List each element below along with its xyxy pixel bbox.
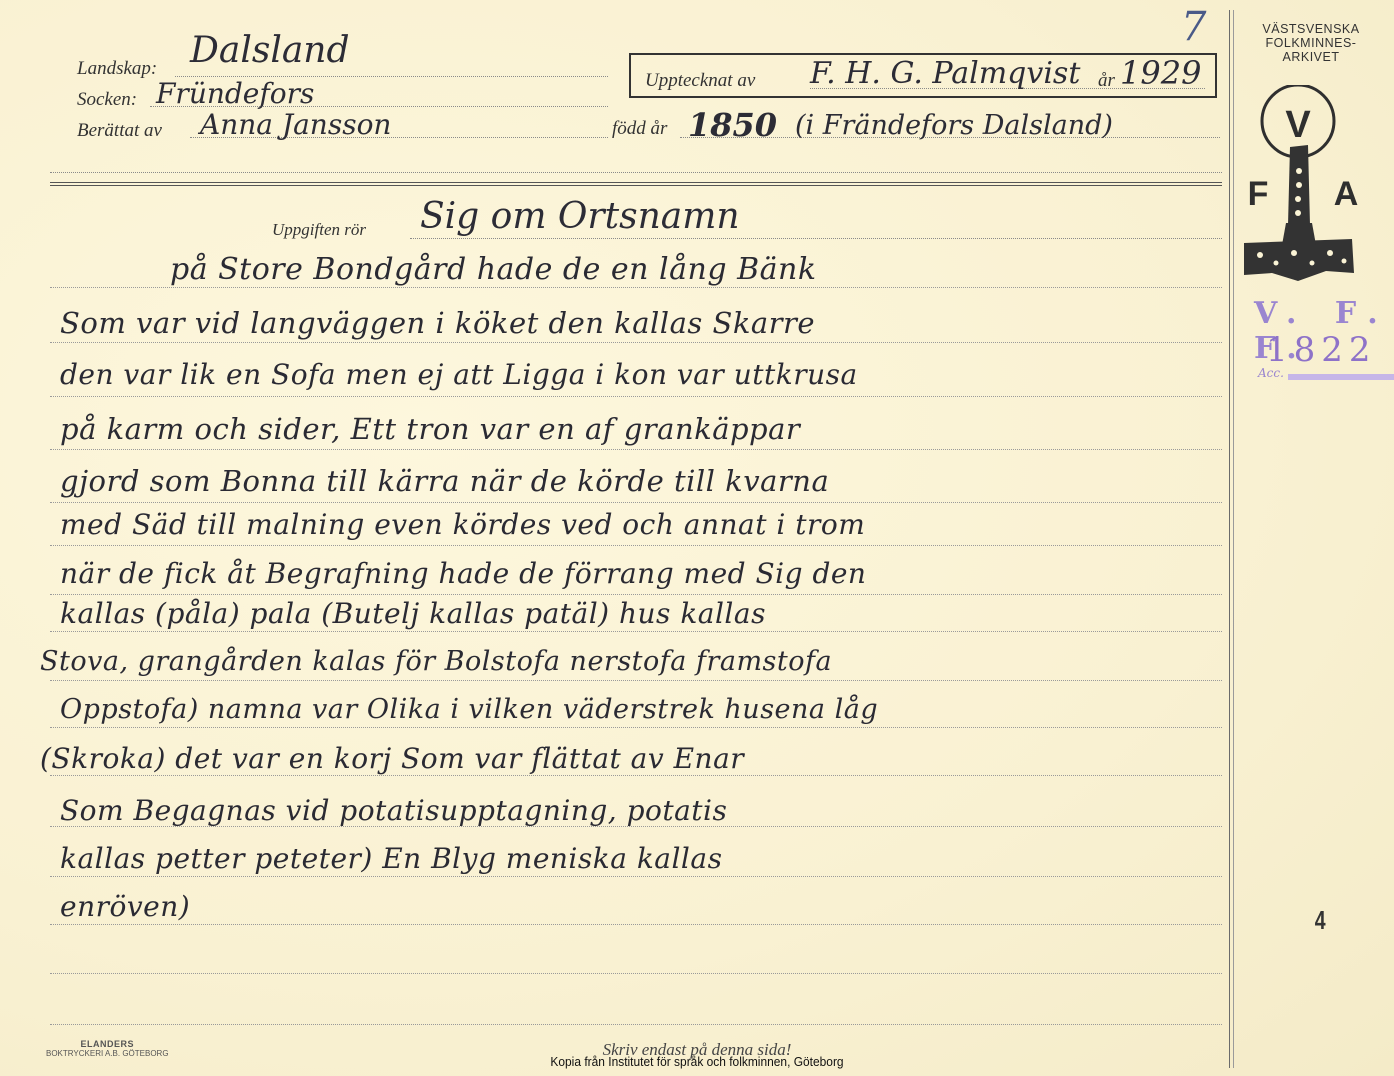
ruled-line <box>50 502 1222 503</box>
body-line: Oppstofa) namna var Olika i vilken väder… <box>60 694 878 725</box>
header-rule-top <box>50 182 1222 183</box>
body-line: den var lik en Sofa men ej att Ligga i k… <box>60 358 858 391</box>
vfa-hammer-logo: V F A <box>1236 85 1386 285</box>
landskap-value: Dalsland <box>190 30 350 71</box>
stamp-number: 1822 <box>1266 330 1377 370</box>
column-divider <box>1229 10 1230 1068</box>
ruled-line <box>50 396 1222 397</box>
archive-title-line: ARKIVET <box>1236 50 1386 64</box>
body-line: när de fick åt Begrafning hade de förran… <box>60 557 866 590</box>
corner-mark: 7 <box>1181 4 1206 50</box>
body-line: Som Begagnas vid potatisupptagning, pota… <box>60 794 727 827</box>
logo-letter-a: A <box>1334 175 1359 213</box>
ruled-line <box>50 631 1222 632</box>
archive-title-line: FOLKMINNES- <box>1236 36 1386 50</box>
logo-letter-f: F <box>1248 175 1269 213</box>
archive-title-line: VÄSTSVENSKA <box>1236 22 1386 36</box>
body-line: (Skroka) det var en korj Som var flättat… <box>40 742 744 775</box>
body-line: på karm och sider, Ett tron var en af gr… <box>60 412 800 446</box>
landskap-label: Landskap: <box>77 58 157 80</box>
ruled-line <box>50 924 1222 925</box>
upptecknat-value: F. H. G. Palmqvist <box>810 56 1080 91</box>
ruled-line <box>50 287 1222 288</box>
subject-value: Sig om Ortsnamn <box>420 196 740 237</box>
ruled-line <box>50 973 1222 974</box>
ruled-line <box>50 449 1222 450</box>
body-line: med Säd till malning even kördes ved och… <box>60 508 865 541</box>
ruled-line <box>50 1024 1222 1025</box>
archive-title: VÄSTSVENSKA FOLKMINNES- ARKIVET <box>1236 22 1386 64</box>
upptecknat-label: Upptecknat av <box>645 70 755 92</box>
page-number: 4 <box>1315 905 1326 936</box>
upptecknat-year: 1929 <box>1120 54 1201 92</box>
ruled-line <box>50 342 1222 343</box>
body-line: enröven) <box>60 890 190 923</box>
berattat-value: Anna Jansson <box>200 108 391 141</box>
thors-hammer-icon: V F A <box>1236 85 1386 285</box>
stamp-acc: Acc. <box>1258 366 1284 380</box>
copy-notice: Kopia från Institutet för språk och folk… <box>56 1054 1338 1069</box>
body-line: på Store Bondgård hade de en lång Bänk <box>170 252 817 287</box>
svg-text:V: V <box>1285 104 1311 146</box>
form-page: 7 Landskap: Dalsland Socken: Fründefors … <box>0 0 1394 1076</box>
subject-label: Uppgiften rör <box>272 220 366 240</box>
ruled-line <box>50 545 1222 546</box>
header-dotline <box>50 172 1222 173</box>
archive-stamp: V. F. F. 1822 Acc. <box>1236 296 1394 386</box>
berattat-label: Berättat av <box>77 120 162 142</box>
fodd-label: född år <box>612 118 667 140</box>
upptecknat-year-label: år <box>1098 70 1115 92</box>
header-rule-bottom <box>50 185 1222 186</box>
ruled-line <box>50 876 1222 877</box>
stamp-bar <box>1288 374 1394 380</box>
column-divider-inner <box>1233 10 1234 1068</box>
ruled-line <box>50 727 1222 728</box>
socken-value: Fründefors <box>156 77 314 110</box>
socken-label: Socken: <box>77 89 137 111</box>
ruled-line <box>50 775 1222 776</box>
body-line: gjord som Bonna till kärra när de körde … <box>60 464 829 498</box>
body-line: kallas petter peteter) En Blyg meniska k… <box>60 842 722 875</box>
ruled-line <box>50 680 1222 681</box>
body-line: Som var vid langväggen i köket den kalla… <box>60 306 815 340</box>
subject-dotline <box>410 238 1222 239</box>
fodd-year: 1850 <box>688 106 777 144</box>
body-line: Stova, grangården kalas för Bolstofa ner… <box>40 646 832 677</box>
body-line: kallas (påla) pala (Butelj kallas patäl)… <box>60 597 766 630</box>
fodd-place: (i Frändefors Dalsland) <box>795 110 1113 141</box>
ruled-line <box>50 594 1222 595</box>
